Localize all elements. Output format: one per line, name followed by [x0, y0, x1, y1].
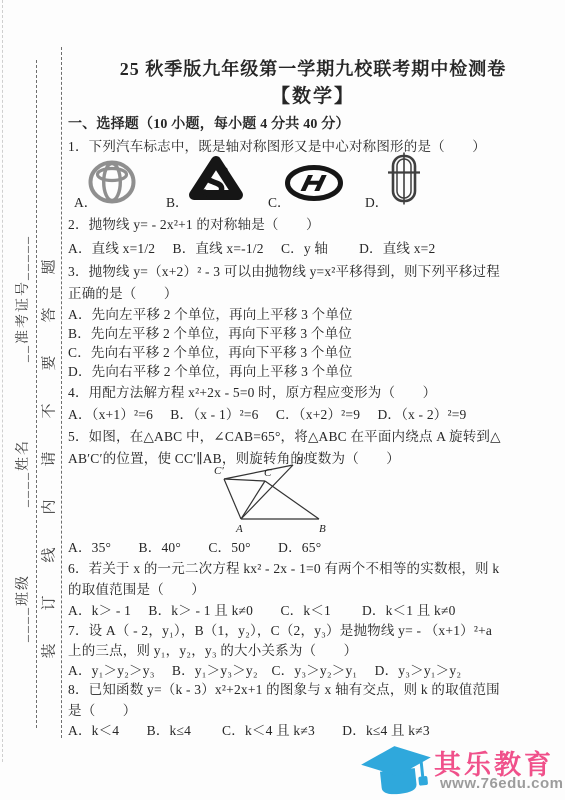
name-label: 姓名: [16, 439, 31, 471]
question-7-options: A．y₁＞y₂＞y₃ B．y₁＞y₃＞y₂ C．y₃＞y₂＞y₁ D．y₃＞y₁…: [68, 659, 461, 679]
question-2-options: A．直线 x=1/2 B．直线 x=-1/2 C．y 轴 D．直线 x=2: [68, 237, 435, 257]
lincoln-logo: [388, 151, 420, 206]
exam-number-blank-above: _____: [16, 235, 31, 280]
question-3-option-a: A．先向左平移 2 个单位，再向上平移 3 个单位: [68, 303, 353, 323]
exam-paper-page: __准考证号_____ ____姓名 ____班级 装订线内请不要答题 25 秋…: [0, 0, 565, 800]
question-7-text2: 上的三点，则 y₁，y₂，y₃ 的大小关系为（ ）: [68, 639, 357, 659]
question-4-options: A．（x+1）²=6 B．（x - 1）²=6 C．（x+2）²=9 D．（x …: [68, 403, 467, 423]
hyundai-logo: [284, 165, 344, 201]
field-class: ____班级: [12, 562, 32, 642]
subject-title: 【数学】: [68, 81, 558, 108]
exam-number-blank-below: __: [16, 344, 31, 362]
rotation-triangle-figure: A B C C′ B′: [188, 455, 366, 537]
question-6-text2: 的取值范围是（ ）: [68, 578, 205, 598]
toyota-logo: [88, 160, 136, 204]
figure-label-b: B: [319, 523, 326, 535]
question-8-text: 8．已知函数 y=（k - 3）x²+2x+1 的图象与 x 轴有交点，则 k …: [68, 678, 500, 698]
question-1-text: 1．下列汽车标志中，既是轴对称图形又是中心对称图形的是（ ）: [68, 135, 486, 155]
graduation-cap-icon: [359, 743, 435, 800]
watermark-url: www.76edu.com: [440, 775, 563, 792]
figure-label-c-prime: C′: [214, 465, 224, 477]
question-8-text2: 是（ ）: [68, 699, 137, 719]
question-5-options: A．35° B．40° C．50° D．65°: [68, 536, 321, 556]
question-8-options: A．k＜4 B．k≤4 C．k＜4 且 k≠3 D．k≤4 且 k≠3: [68, 719, 430, 739]
page-edge-line: [2, 0, 3, 762]
question-3-option-d: D．先向右平移 2 个单位，再向上平移 3 个单位: [68, 360, 353, 380]
exam-number-label: 准考证号: [16, 280, 31, 344]
question-7-text: 7．设 A（ - 2，y₁），B（1，y₂），C（2，y₃）是抛物线 y= - …: [68, 619, 492, 639]
question-6-text: 6．若关于 x 的一元二次方程 kx² - 2x - 1=0 有两个不相等的实数…: [68, 557, 499, 577]
q1-option-d-label: D．: [365, 191, 388, 211]
section-heading: 一、选择题（10 小题，每小题 4 分共 40 分）: [68, 113, 350, 133]
question-6-options: A．k＞ - 1 B．k＞ - 1 且 k≠0 C．k＜1 D．k＜1 且 k≠…: [68, 599, 456, 619]
question-3-option-b: B．先向左平移 2 个单位，再向下平移 3 个单位: [68, 322, 352, 342]
question-3-text: 3．抛物线 y=（x+2）² - 3 可以由抛物线 y=x²平移得到，则下列平移…: [68, 260, 500, 280]
field-student-name: ____姓名: [12, 427, 32, 507]
zotye-logo: [185, 154, 247, 207]
binding-notice: 装订线内请不要答题: [38, 211, 59, 659]
figure-label-b-prime: B′: [296, 455, 306, 467]
question-4-text: 4．用配方法解方程 x²+2x - 5=0 时，原方程应变形为（ ）: [68, 381, 436, 401]
question-3-text2: 正确的是（ ）: [68, 282, 178, 302]
question-3-option-c: C．先向右平移 2 个单位，再向下平移 3 个单位: [68, 341, 352, 361]
binding-dashed-line-inner: [61, 47, 62, 738]
question-2-text: 2．抛物线 y= - 2x²+1 的对称轴是（ ）: [68, 213, 320, 233]
question-5-text: 5．如图，在△ABC 中，∠CAB=65°，将△ABC 在平面内绕点 A 旋转到…: [68, 425, 501, 445]
page-title: 25 秋季版九年级第一学期九校联考期中检测卷: [68, 55, 558, 81]
figure-label-a: A: [235, 523, 243, 535]
field-exam-number: __准考证号_____: [12, 162, 32, 362]
name-blank: ____: [16, 471, 31, 507]
class-label: 班级: [16, 574, 31, 606]
figure-label-c: C: [264, 467, 272, 479]
class-blank: ____: [16, 606, 31, 642]
